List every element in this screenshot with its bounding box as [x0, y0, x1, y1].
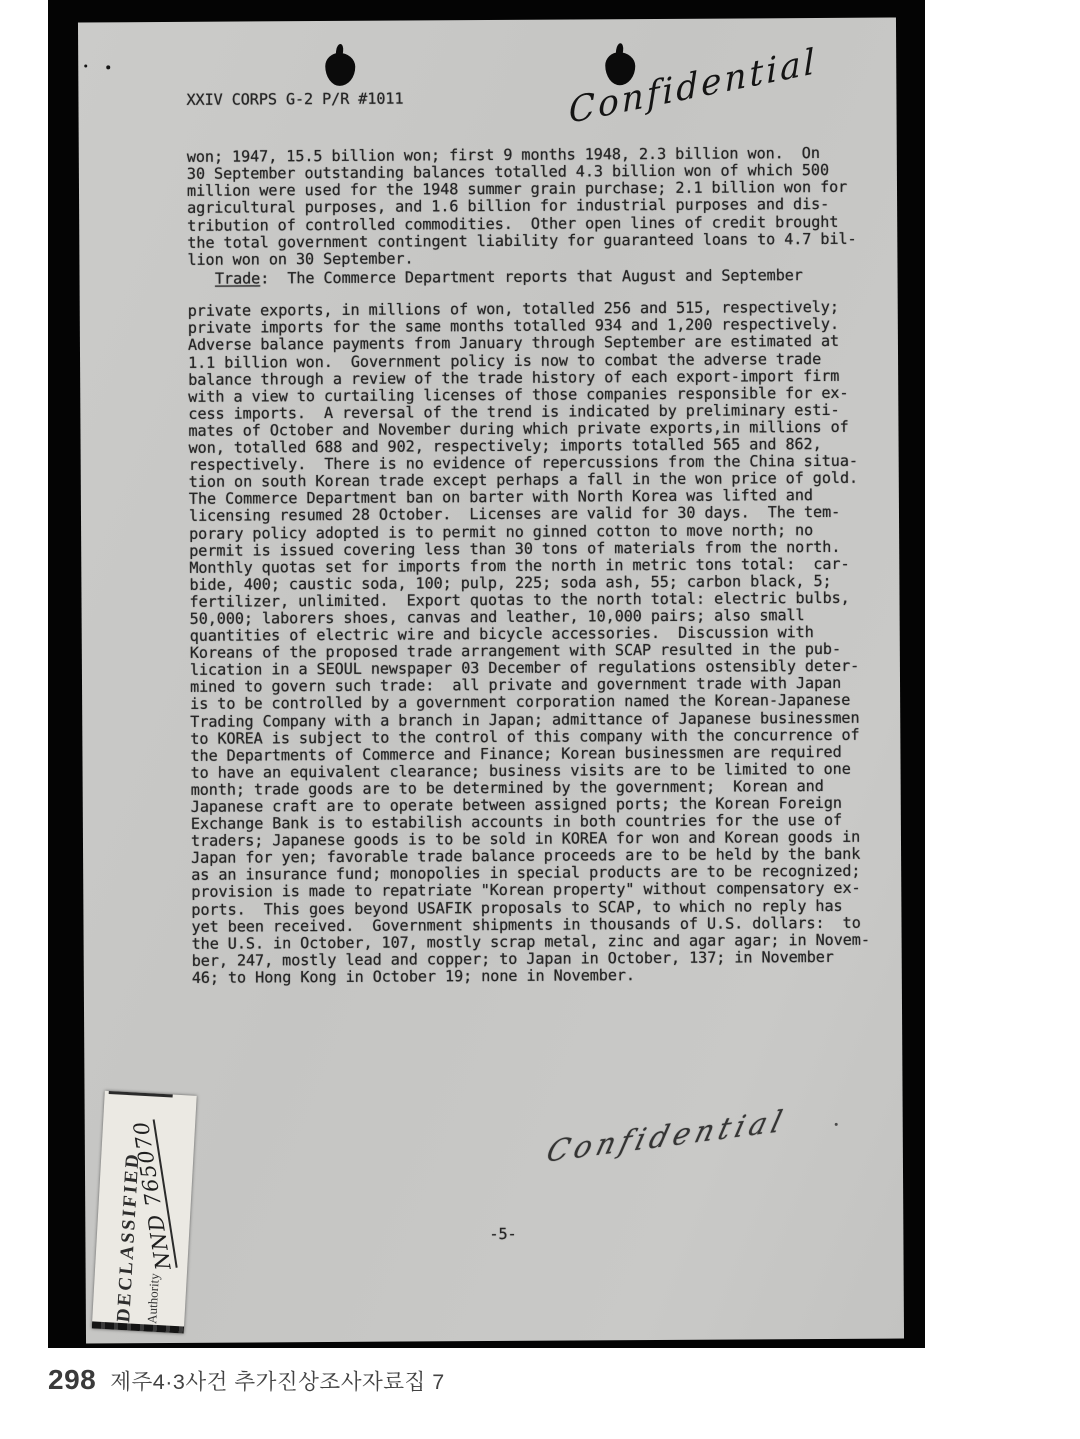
authority-label: Authority: [144, 1273, 162, 1324]
declassified-stamp-text: DECLASSIFIED Authority NND 765070: [92, 1091, 197, 1334]
paper-speck: [835, 1123, 838, 1126]
trade-paragraph-body: private exports, in millions of won, tot…: [188, 299, 870, 987]
punch-hole-left: [325, 53, 355, 86]
handwritten-confidential-bottom: Confidential: [543, 1103, 791, 1169]
paper-speck: [84, 64, 87, 67]
trade-label: Trade: [215, 269, 260, 287]
book-footer: 298 제주4·3사건 추가진상조사자료집 7: [48, 1364, 445, 1396]
declassified-stamp: DECLASSIFIED Authority NND 765070: [92, 1091, 197, 1334]
book-page-number: 298: [48, 1364, 96, 1396]
page-number: -5-: [489, 1226, 516, 1243]
scanned-document-page: XXIV CORPS G-2 P/R #1011 Confidential wo…: [78, 18, 904, 1344]
declassified-stamp-authority: Authority NND 765070: [137, 1093, 176, 1324]
handwritten-confidential-top: Confidential: [568, 42, 818, 133]
report-header: XXIV CORPS G-2 P/R #1011: [186, 91, 403, 109]
trade-paragraph-first-line: Trade: The Commerce Department reports t…: [187, 267, 802, 288]
paper-speck: [106, 65, 110, 69]
book-title-caption: 제주4·3사건 추가진상조사자료집 7: [110, 1365, 444, 1396]
scanner-background: XXIV CORPS G-2 P/R #1011 Confidential wo…: [48, 0, 925, 1348]
body-paragraph-continuation: won; 1947, 15.5 billion won; first 9 mon…: [187, 145, 857, 269]
trade-first-line-text: : The Commerce Department reports that A…: [260, 266, 803, 287]
